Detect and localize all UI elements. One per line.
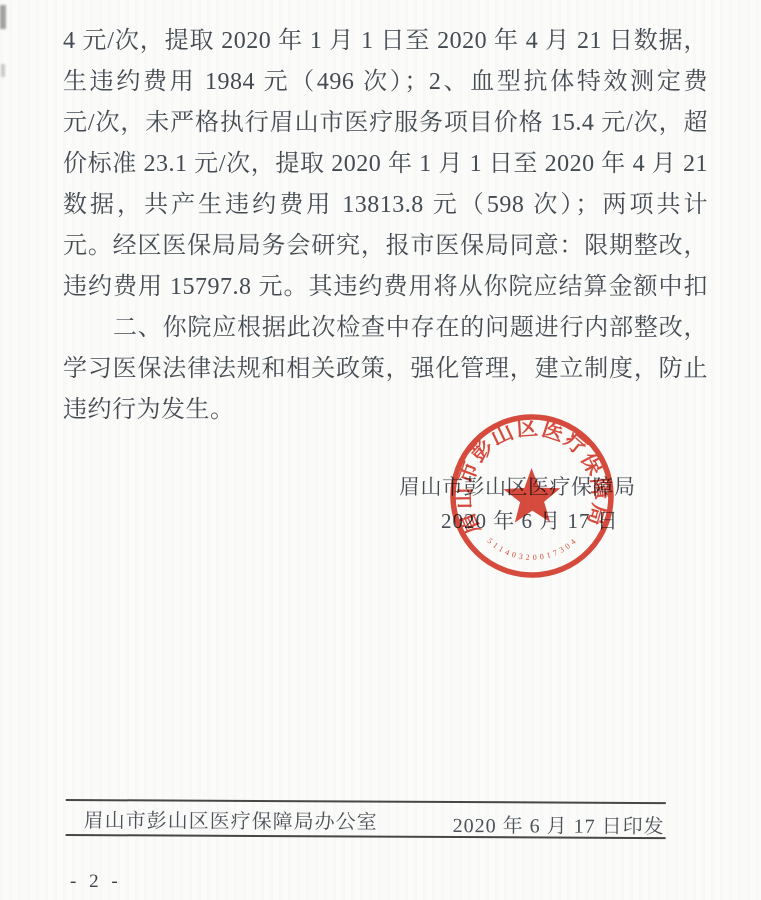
body-line: 学习医保法律法规和相关政策，强化管理，建立制度，防止一切 [63,349,708,390]
scan-edge-artifact [1,64,5,77]
seal-code: 51140320017304 [485,535,579,563]
document-body: 4 元/次，提取 2020 年 1 月 1 日至 2020 年 4 月 21 日… [63,21,708,431]
seal-star [503,468,561,523]
footer-office: 眉山市彭山区医疗保障局办公室 [84,804,378,835]
body-line: 元。经区医保局局务会研究，报市医保局同意：限期整改，追回 [63,226,708,267]
body-line: 数据，共产生违约费用 13813.8 元（598 次）；两项共计 15797.8 [63,185,708,226]
scan-edge-artifact [0,5,6,29]
body-line: 4 元/次，提取 2020 年 1 月 1 日至 2020 年 4 月 21 日… [63,21,708,62]
scanned-document-page: 4 元/次，提取 2020 年 1 月 1 日至 2020 年 4 月 21 日… [0,0,761,900]
body-line: 价标准 23.1 元/次，提取 2020 年 1 月 1 日至 2020 年 4… [63,144,708,185]
footer-print-date: 2020 年 6 月 17 日印发 [453,809,665,839]
body-line: 元/次，未严格执行眉山市医疗服务项目价格 15.4 元/次，超物 [63,103,708,144]
footer: 眉山市彭山区医疗保障局办公室 2020 年 6 月 17 日印发 [70,0,670,3]
footer-top-rule [66,799,666,804]
body-line: 生违约费用 1984 元（496 次）；2、血型抗体特效测定费 38.5 [63,62,708,103]
body-line: 二、你院应根据此次检查中存在的问题进行内部整改，认真 [63,308,708,349]
body-line: 违约费用 15797.8 元。其违约费用将从你院应结算金额中扣除。 [63,267,708,308]
official-seal: 眉山市彭山区医疗保障局 51140320017304 [429,393,634,598]
page-number: - 2 - [70,871,122,893]
seal-code-holder: 51140320017304 [485,535,579,563]
